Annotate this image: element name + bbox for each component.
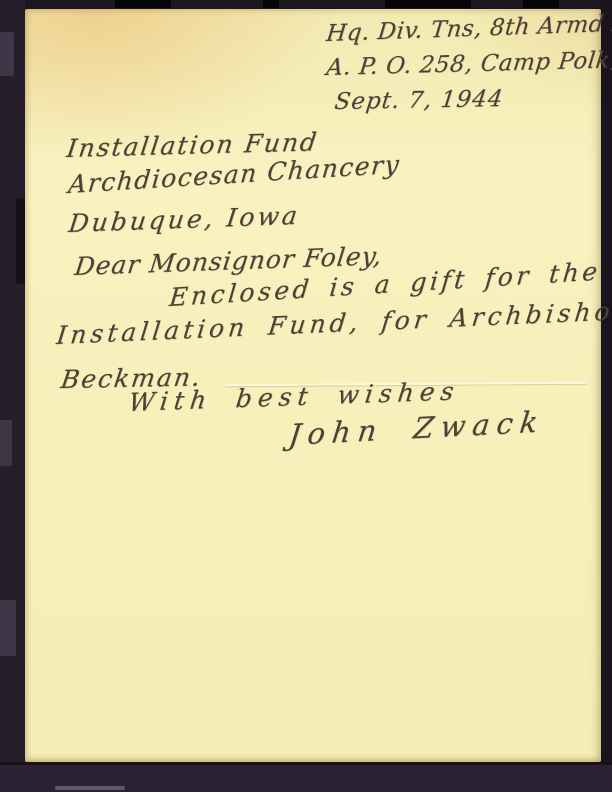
film-mark: [115, 0, 171, 8]
film-edge-left: [0, 0, 25, 792]
scanned-letter-page: Hq. Div. Tns, 8th Armd Div. A. P. O. 258…: [0, 0, 612, 792]
inside-address-line-3: Dubuque, Iowa: [67, 201, 302, 238]
body-line-2: Installation Fund, for Archbishop: [55, 296, 612, 350]
heading-date-line: Sept. 7, 1944: [333, 86, 505, 115]
heading-address-line: A. P. O. 258, Camp Polk, La.: [325, 46, 612, 81]
film-mark: [0, 600, 16, 656]
signature: John Zwack: [287, 404, 547, 452]
film-mark: [55, 786, 125, 790]
film-mark: [263, 0, 279, 8]
film-edge-top: [0, 0, 612, 9]
letter-paper: Hq. Div. Tns, 8th Armd Div. A. P. O. 258…: [25, 9, 601, 762]
film-mark: [385, 0, 471, 8]
film-edge-right: [601, 0, 612, 792]
film-mark: [0, 32, 14, 76]
heading-unit-line: Hq. Div. Tns, 8th Armd Div.: [325, 9, 612, 47]
film-mark: [0, 420, 12, 466]
film-mark: [523, 0, 559, 8]
